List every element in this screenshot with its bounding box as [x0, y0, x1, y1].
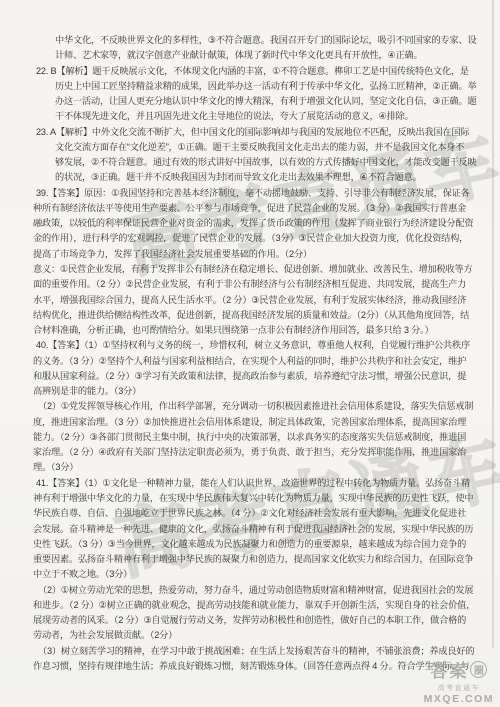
answer-line: （2）①树立劳动光荣的思想，热爱劳动，努力奋斗，通过劳动创造物质财富和精神财富，… [0, 583, 500, 598]
answer-line: 41.【答案】（1）①文化是一种精神力量，能在人们认识世界、改造世界的过程中转化… [0, 476, 500, 491]
answer-line: 23. A【解析】中外文化交流不断扩大，但中国文化的国际影响却与我国的发展地位不… [0, 125, 500, 140]
answer-line: 40.【答案】（1）①坚持权利与义务的统一，珍惜权利，树立义务意识，尊重他人权利… [0, 338, 500, 353]
answer-line: 合材料准确，分析正确，也可酌情给分。如果只围绕第一点非公有制经济作用回答，最多只… [0, 323, 500, 338]
answer-line: 的状况，③正确。题干并不反映我国因为封闭而导致文化走出去效果不理想，④不符合题意… [0, 170, 500, 185]
answer-line: 22. B【解析】题干反映展示文化，不体现文化内涵的丰富，①不符合题意。榫卯工艺… [0, 64, 500, 79]
answer-line: 意义：①民营企业发展，有利于发挥非公有制经济在稳定增长、促进创新、增加就业、改善… [0, 262, 500, 277]
answer-line: 办这一活动，让国人更充分地认识中华文化的博大精深，有利于增强文化认同，坚定文化自… [0, 94, 500, 109]
answer-line: 中立于不败之地。（3分） [0, 567, 500, 582]
answer-line: 理。（3分） [0, 460, 500, 475]
corner-brand-text: 答案 [430, 657, 468, 682]
answer-line: 中华文化，不反映世界文化的多样性，③不符合题意。我国召开专门的国际论坛，吸引不同… [0, 33, 500, 48]
answer-line: 融政策，以较低的利率保证民营企业对资金的需求，发挥了货币政策的作用（发挥了商业银… [0, 216, 500, 231]
corner-watermark: 答案圈 高考直通车 MXQE.COM [424, 657, 494, 705]
answer-line: 提高了市场竞争力，发挥了我国经济社会发展重要基础的作用。（2分） [0, 247, 500, 262]
answer-line: 展现劳动者的风采。（2 分）③自觉履行劳动义务，发挥劳动积极性和创造性，做好自己… [0, 613, 500, 628]
answer-line: 史性飞跃。（3 分）③当今世界，文化越来越成为民族凝聚力和创造力的重要源泉，越来… [0, 537, 500, 552]
answer-line: 和进步。（2 分）②树立正确的就业观念，提高劳动技能和就业能力，靠双手开创新生活… [0, 598, 500, 613]
scanned-answer-sheet-page: 高考直通车 高考直通车 中华文化，不反映世界文化的多样性，③不符合题意。我国召开… [0, 0, 500, 707]
answer-line: 的义务。（3 分）②坚持个人利益与国家利益相结合，在实现个人利益的同时，维护公共… [0, 354, 500, 369]
answer-line: 历史上中国工匠坚持精益求精的成果，因此举办这一活动有利于传承中华文化，弘扬工匠精… [0, 79, 500, 94]
answer-line: 家治理。（2 分）④政府有关部门坚持法定职责必须为，勇于负责、敢于担当，充分发挥… [0, 445, 500, 460]
answer-line: 重要因素。弘扬奋斗精神有利于增强中华民族的凝聚力和创造力，提高国家文化软实力和综… [0, 552, 500, 567]
answer-line: 种所有制经济依法平等使用生产要素、公平参与市场竞争，促进了民营企业的发展。（3 … [0, 201, 500, 216]
answer-line: 计师、艺术家等，就汉字创意产业献计献策，体现了新时代中华文化更具有开放性，④正确… [0, 48, 500, 63]
answer-line: 高辨别是非的能力。（3分） [0, 384, 500, 399]
answer-line: 会发展。奋斗精神是一种先进、健康的文化，弘扬奋斗精神有利于促进我国经济社会的发展… [0, 522, 500, 537]
corner-brand-circle-icon: 圈 [470, 661, 487, 678]
answer-text-block: 中华文化，不反映世界文化的多样性，③不符合题意。我国召开专门的国际论坛，吸引不同… [0, 33, 500, 674]
answer-line: 金的作用），进行科学的宏观调控，促进了民营企业的发展。（3分）③民营企业加大投资… [0, 231, 500, 246]
answer-line: 结构优化，推进供给侧结构性改革，促进创新，提高我国经济发展的质量和效益。（2分）… [0, 308, 500, 323]
corner-watermark-brand: 答案圈 [424, 657, 494, 682]
answer-line: 和服从国家利益。（2 分）③学习有关政策和法律，提高政治参与素质，培养遵纪守法习… [0, 369, 500, 384]
answer-line: 水平，增强我国综合国力，提高人民生活水平。（2 分）③民营企业发展，有利于发展实… [0, 293, 500, 308]
answer-line: 干不体现先进文化，并且巩固先进文化主导地位的说法，夸大了展览活动的意义，④排除。 [0, 109, 500, 124]
answer-line: 够发展，②不符合题意。通过有效的形式讲好中国故事，以有效的方式传播好中国文化，才… [0, 155, 500, 170]
answer-line: 39.【答案】原因：①我国坚持和完善基本经济制度，毫不动摇地鼓励、支持、引导非公… [0, 186, 500, 201]
answer-line: 能力。（2 分）③各部门贯彻民主集中制，执行中央的决策部署，以求真务实的态度落实… [0, 430, 500, 445]
answer-line: 面的重要作用。（2 分）②民营企业发展，有利于非公有制经济与公有制经济相互促进、… [0, 277, 500, 292]
answer-line: 劳动者，为社会发展做贡献。（2分） [0, 628, 500, 643]
answer-line: 神有利于增强中华文化的力量，在实现中华民族伟大复兴中转化为物质力量，实现中华民族… [0, 491, 500, 506]
answer-line: 文化交流方面存在“文化逆差”，①正确。题干主要反映我国文化走出去的能力弱，并不是… [0, 140, 500, 155]
answer-line: 华民族自尊、自信、自强地屹立于世界民族之林。（4 分）②文化对经济社会发展有重大… [0, 506, 500, 521]
answer-line: 度，推进国家治理。（3 分）②加快推进社会信用体系建设，制定具体政策，完善国家治… [0, 415, 500, 430]
answer-line: （2）①党发挥领导核心作用，作出科学部署，充分调动一切积极因素推进社会信用体系建… [0, 399, 500, 414]
corner-watermark-site: MXQE.COM [424, 693, 494, 705]
corner-watermark-subtitle: 高考直通车 [424, 683, 494, 693]
